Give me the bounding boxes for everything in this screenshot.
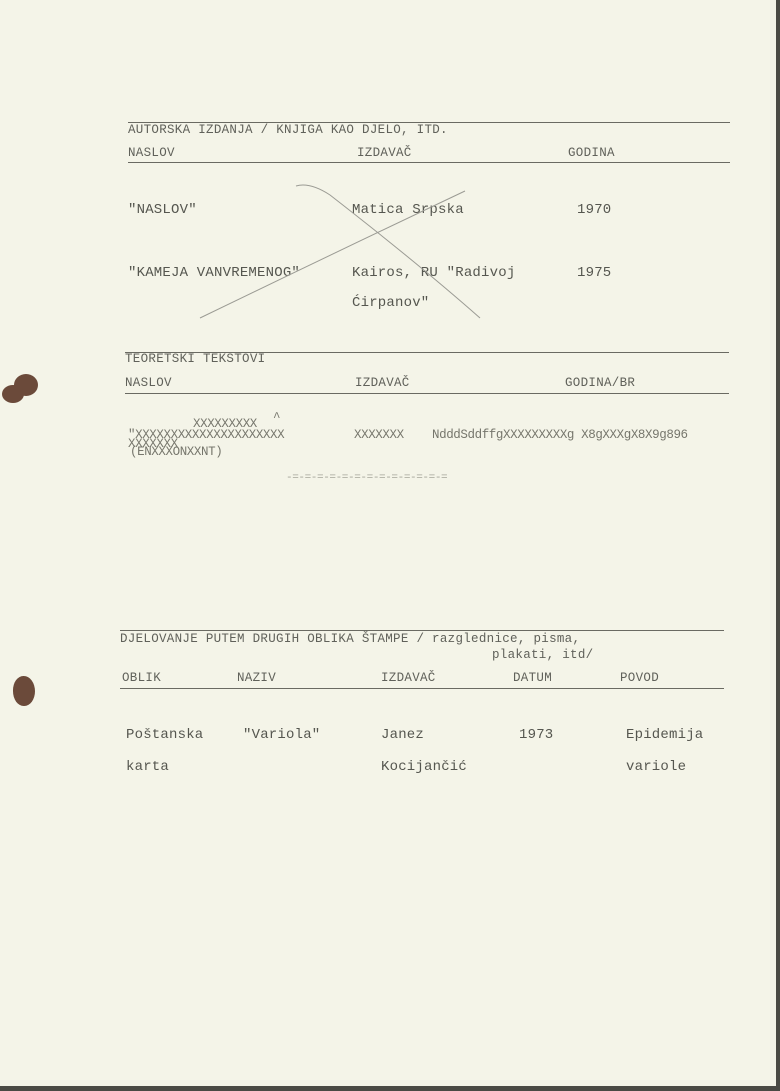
section3-row1-naziv: "Variola"	[243, 727, 320, 743]
pencil-cross-mark	[0, 0, 780, 1091]
section2-col-izdavac: IZDAVAČ	[355, 376, 410, 390]
section1-row1-naslov: "NASLOV"	[128, 202, 197, 218]
section1-row2-izdavac: Kairos, RU "Radivoj	[352, 265, 515, 281]
section2-row1-naslov-line3: (ENXXXONXXNT)	[130, 445, 222, 459]
section3-col-povod: POVOD	[620, 671, 659, 685]
section3-top-rule	[120, 630, 724, 631]
section1-row1-izdavac: Matica Srpska	[352, 202, 464, 218]
section3-row1-povod-line2: variole	[626, 759, 686, 775]
section2-row1-godina: NdddSddffgXXXXXXXXXg X8gXXXgX8X9g896	[432, 428, 688, 442]
section1-row2-godina: 1975	[577, 265, 611, 281]
section3-col-oblik: OBLIK	[122, 671, 161, 685]
section3-row1-datum: 1973	[519, 727, 553, 743]
section1-header-rule	[128, 162, 730, 163]
section1-col-izdavac: IZDAVAČ	[357, 146, 412, 160]
section3-col-izdavac: IZDAVAČ	[381, 671, 436, 685]
section3-row1-oblik: Poštanska	[126, 727, 203, 743]
section3-row1-oblik-line2: karta	[126, 759, 169, 775]
section3-col-naziv: NAZIV	[237, 671, 276, 685]
section3-row1-povod: Epidemija	[626, 727, 703, 743]
section2-dashed-strike: -=-=-=-=-=-=-=-=-=-=-=-=-=	[286, 472, 447, 484]
section1-row1-godina: 1970	[577, 202, 611, 218]
section1-col-godina: GODINA	[568, 146, 615, 160]
section2-header-rule	[125, 393, 729, 394]
section3-row1-izdavac-line2: Kocijančić	[381, 759, 467, 775]
document-page: AUTORSKA IZDANJA / KNJIGA KAO DJELO, ITD…	[0, 0, 780, 1091]
section2-row1-caret: ^	[273, 411, 280, 425]
section3-title: DJELOVANJE PUTEM DRUGIH OBLIKA ŠTAMPE / …	[120, 632, 580, 646]
section3-col-datum: DATUM	[513, 671, 552, 685]
ink-stain-upper-tail	[2, 385, 24, 403]
section3-row1-izdavac: Janez	[381, 727, 424, 743]
section1-row2-naslov: "KAMEJA VANVREMENOG"	[128, 265, 300, 281]
section1-col-naslov: NASLOV	[128, 146, 175, 160]
section2-title: TEORETSKI TEKSTOVI	[125, 352, 265, 366]
ink-stain-lower	[13, 676, 35, 706]
section1-row2-izdavac-line2: Ćirpanov"	[352, 295, 429, 311]
section2-row1-izdavac: XXXXXXX	[354, 428, 404, 442]
section2-col-godina: GODINA/BR	[565, 376, 635, 390]
section1-title: AUTORSKA IZDANJA / KNJIGA KAO DJELO, ITD…	[128, 123, 448, 137]
section3-header-rule	[120, 688, 724, 689]
section3-title-line2: plakati, itd/	[492, 648, 593, 662]
section2-col-naslov: NASLOV	[125, 376, 172, 390]
